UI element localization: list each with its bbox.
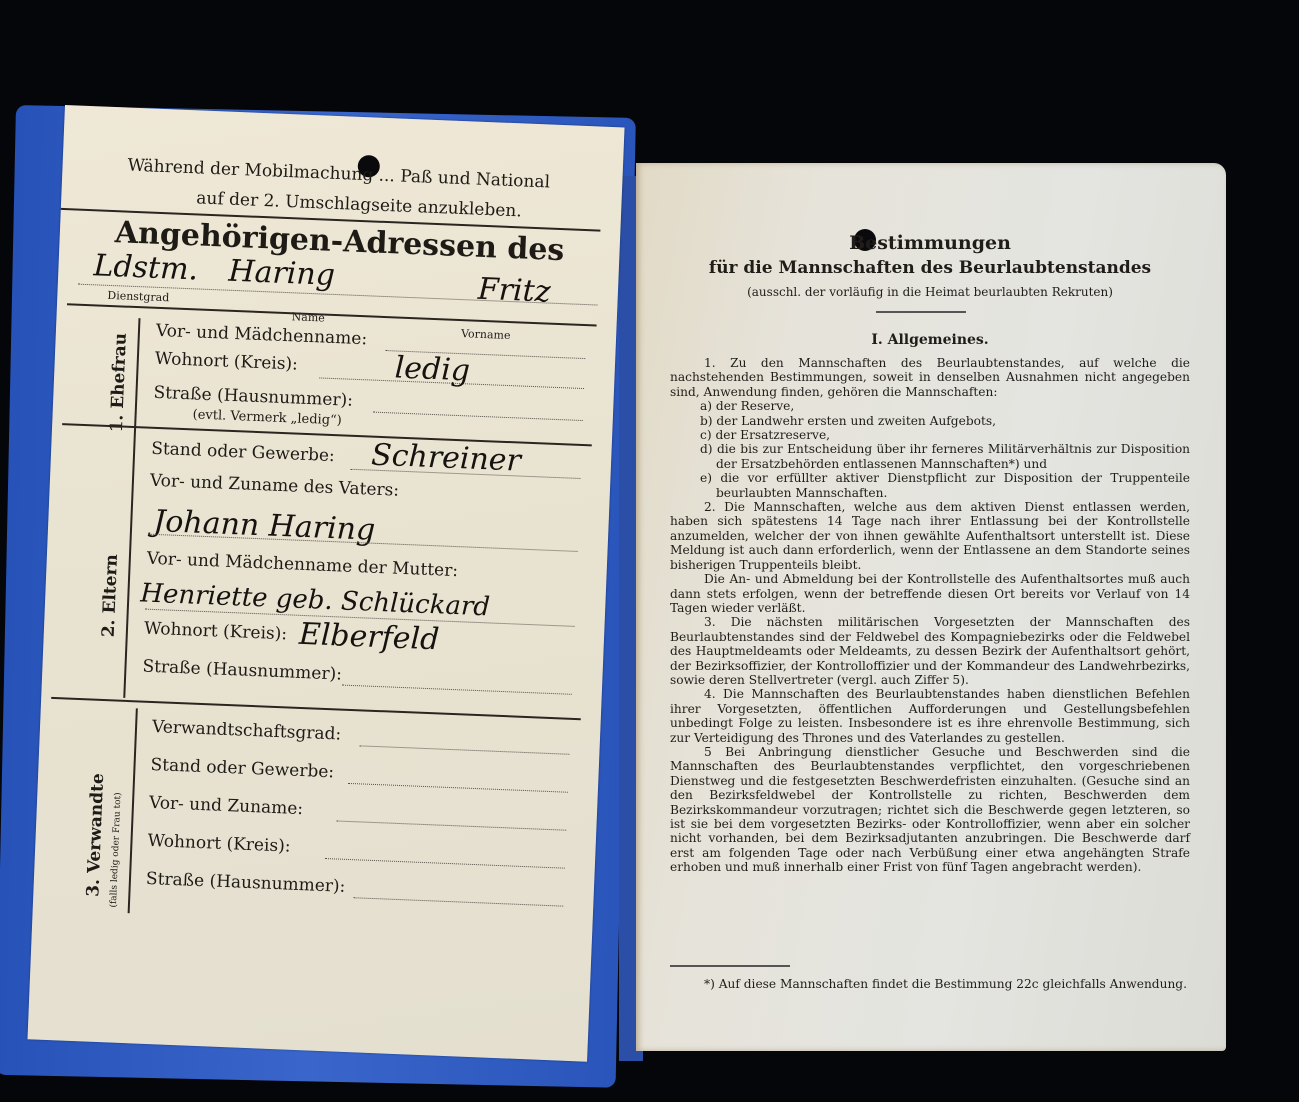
section-bracket — [128, 708, 138, 913]
field-line — [353, 897, 563, 906]
paragraph-4: 4. Die Mannschaften des Beurlaubtenstand… — [670, 687, 1190, 745]
field-label: Straße (Hausnummer): — [142, 657, 342, 685]
footnote-text: *) Auf diese Mannschaften findet die Bes… — [670, 977, 1190, 991]
field-label: Wohnort (Kreis): — [144, 619, 288, 645]
paragraph-3: 3. Die nächsten militärischen Vorgesetzt… — [670, 615, 1190, 687]
list-item: c) der Ersatzreserve, — [670, 428, 1190, 442]
section-bracket — [123, 438, 135, 698]
field-label: Stand oder Gewerbe: — [151, 439, 335, 466]
list-item: e) die vor erfüllter aktiver Dienstpflic… — [670, 471, 1190, 500]
paragraph-1: 1. Zu den Mannschaften des Beurlaubtenst… — [670, 356, 1190, 399]
section-heading: I. Allgemeines. — [670, 333, 1190, 347]
handwritten-rank: Ldstm. — [93, 248, 199, 287]
handwritten-value: Elberfeld — [298, 617, 440, 658]
paragraph-5: 5 Bei Anbringung dienstlicher Gesuche un… — [670, 745, 1190, 875]
list-item: d) die bis zur Entscheidung über ihr fer… — [670, 442, 1190, 471]
field-label: Wohnort (Kreis): — [147, 831, 291, 857]
label-first-name: Vorname — [461, 327, 511, 342]
section-label-ehefrau: 1. Ehefrau — [107, 333, 131, 433]
regulations-body: 1. Zu den Mannschaften des Beurlaubtenst… — [670, 356, 1190, 875]
mobilization-notice-line1: Während der Mobilmachung ... Paß und Nat… — [127, 156, 550, 193]
footnote-divider — [670, 965, 790, 967]
right-page: Bestimmungen für die Mannschaften des Be… — [636, 163, 1226, 1051]
list-item: b) der Landwehr ersten und zweiten Aufge… — [670, 414, 1190, 428]
field-label: Straße (Hausnummer): — [153, 383, 353, 411]
footnote: *) Auf diese Mannschaften findet die Bes… — [670, 977, 1190, 991]
field-hint: (evtl. Vermerk „ledig“) — [192, 407, 342, 428]
paragraph-2b: Die An- und Abmeldung bei der Kontrollst… — [670, 572, 1190, 615]
list-item: a) der Reserve, — [670, 399, 1190, 413]
section-label-verwandte: 3. Verwandte — [83, 773, 108, 897]
field-line — [373, 412, 583, 421]
handwritten-first-name: Fritz — [477, 272, 551, 310]
field-line — [336, 820, 566, 830]
regulations-subtitle: für die Mannschaften des Beurlaubtenstan… — [670, 257, 1190, 279]
field-label: Vor- und Zuname: — [149, 793, 304, 819]
field-label: Vor- und Mädchenname: — [156, 321, 368, 349]
handwritten-value: ledig — [394, 350, 471, 388]
divider — [876, 311, 966, 313]
regulations-title: Bestimmungen — [670, 231, 1190, 255]
field-label: Verwandtschaftsgrad: — [152, 717, 342, 745]
left-page: Während der Mobilmachung ... Paß und Nat… — [27, 105, 624, 1062]
paragraph-2: 2. Die Mannschaften, welche aus dem akti… — [670, 500, 1190, 572]
section-sublabel: (falls ledig oder Frau tot) — [109, 792, 124, 908]
section-bracket — [134, 318, 141, 438]
field-label: Wohnort (Kreis): — [154, 349, 298, 375]
field-label: Straße (Hausnummer): — [146, 869, 346, 897]
divider — [51, 697, 581, 720]
field-line — [348, 783, 568, 793]
field-line — [325, 858, 565, 869]
field-label: Vor- und Zuname des Vaters: — [150, 471, 400, 501]
field-line — [359, 745, 569, 754]
field-label: Vor- und Mädchenname der Mutter: — [146, 549, 458, 581]
section-label-eltern: 2. Eltern — [99, 554, 122, 638]
label-rank: Dienstgrad — [107, 289, 169, 304]
field-label: Stand oder Gewerbe: — [150, 755, 334, 782]
regulations-note: (ausschl. der vorläufig in die Heimat be… — [670, 285, 1190, 299]
field-line — [342, 685, 572, 695]
handwritten-name: Haring — [228, 254, 336, 293]
